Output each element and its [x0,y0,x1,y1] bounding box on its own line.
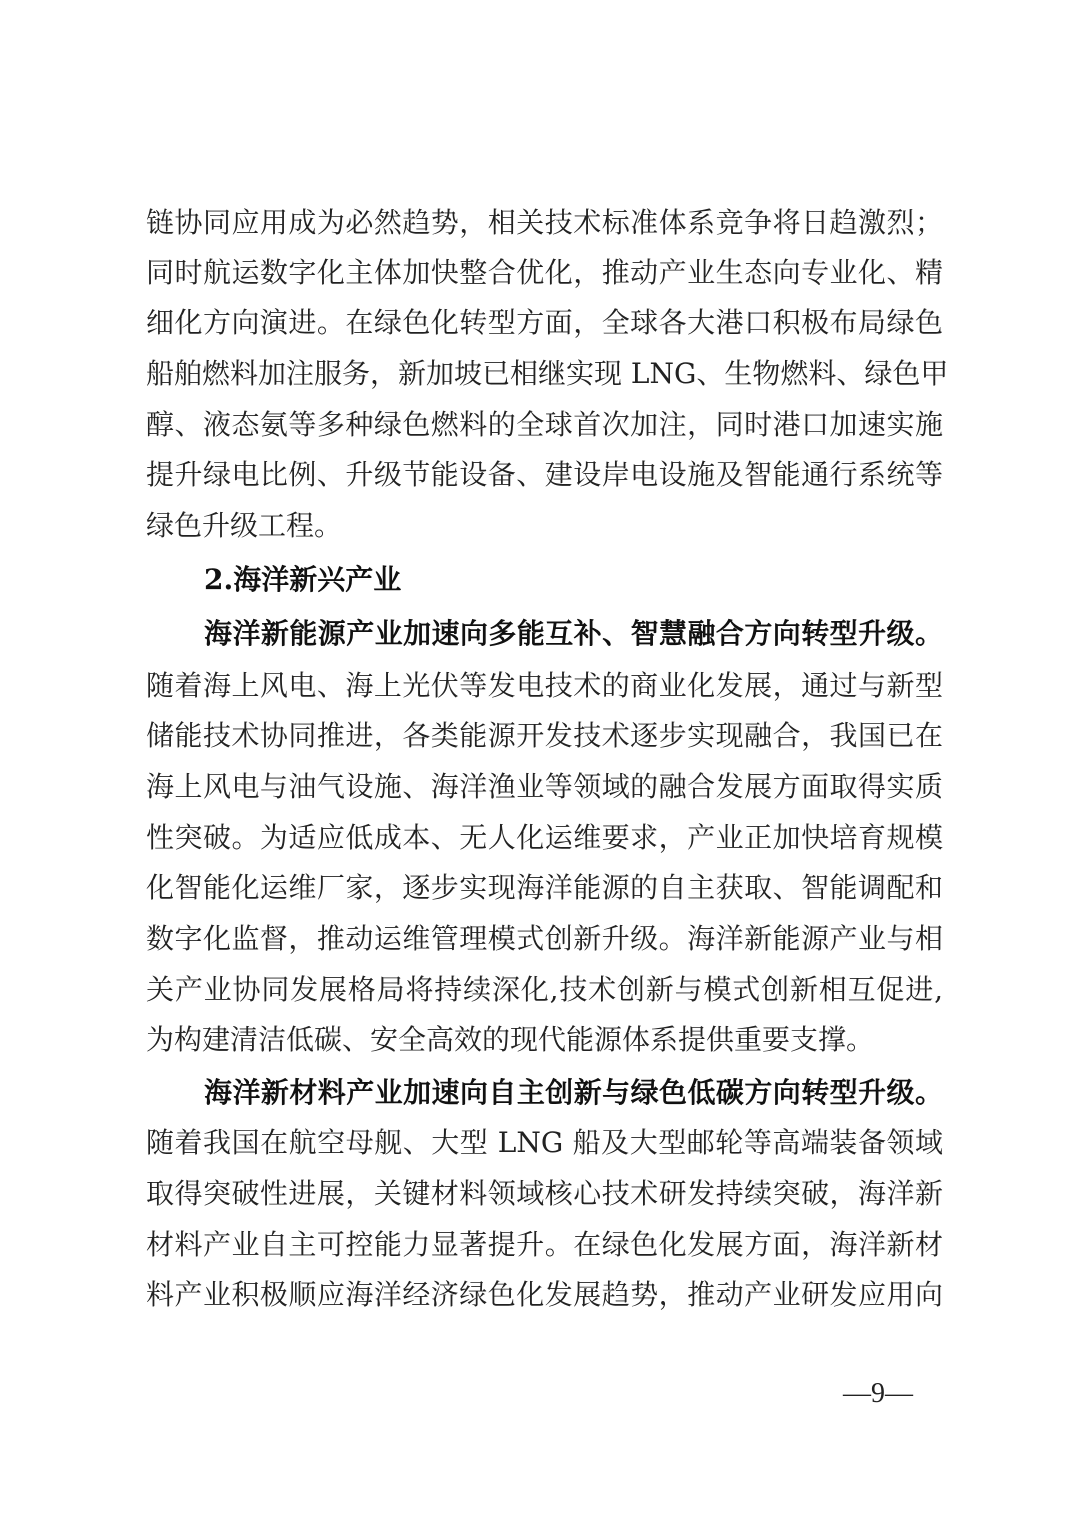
paragraph-line: 性突破。为适应低成本、无人化运维要求，产业正加快培育规模 [146,813,943,863]
paragraph-line: 海上风电与油气设施、海洋渔业等领域的融合发展方面取得实质 [146,762,943,812]
paragraph-line: 提升绿电比例、升级节能设备、建设岸电设施及智能通行系统等 [146,450,943,500]
paragraph-line: 化智能化运维厂家，逐步实现海洋能源的自主获取、智能调配和 [146,863,943,913]
paragraph-line: 储能技术协同推进，各类能源开发技术逐步实现融合，我国已在 [146,711,943,761]
paragraph-line: 细化方向演进。在绿色化转型方面，全球各大港口积极布局绿色 [146,298,943,348]
paragraph-lead-sentence: 海洋新能源产业加速向多能互补、智慧融合方向转型升级。 [204,609,943,659]
paragraph-line: 取得突破性进展，关键材料领域核心技术研发持续突破，海洋新 [146,1169,943,1219]
paragraph-line: 关产业协同发展格局将持续深化,技术创新与模式创新相互促进, [146,965,943,1015]
paragraph-lead-sentence: 海洋新材料产业加速向自主创新与绿色低碳方向转型升级。 [204,1068,943,1118]
paragraph-line: 同时航运数字化主体加快整合优化，推动产业生态向专业化、精 [146,248,943,298]
page-number: —9— [838,1374,918,1414]
paragraph-line-end: 绿色升级工程。 [146,501,342,551]
paragraph-line-end: 为构建清洁低碳、安全高效的现代能源体系提供重要支撑。 [146,1015,874,1065]
paragraph-line: 醇、液态氨等多种绿色燃料的全球首次加注，同时港口加速实施 [146,400,943,450]
paragraph-line: 船舶燃料加注服务，新加坡已相继实现 LNG、生物燃料、绿色甲 [146,349,943,399]
paragraph-line: 随着我国在航空母舰、大型 LNG 船及大型邮轮等高端装备领域 [146,1118,943,1168]
paragraph-line: 随着海上风电、海上光伏等发电技术的商业化发展，通过与新型 [146,661,943,711]
paragraph-line: 料产业积极顺应海洋经济绿色化发展趋势，推动产业研发应用向 [146,1270,943,1320]
paragraph-line: 材料产业自主可控能力显著提升。在绿色化发展方面，海洋新材 [146,1220,943,1270]
section-heading: 2.海洋新兴产业 [204,555,401,605]
paragraph-line: 数字化监督，推动运维管理模式创新升级。海洋新能源产业与相 [146,914,943,964]
document-page: 链协同应用成为必然趋势，相关技术标准体系竞争将日趋激烈；同时航运数字化主体加快整… [0,0,1080,1528]
paragraph-line: 链协同应用成为必然趋势，相关技术标准体系竞争将日趋激烈； [146,198,943,248]
